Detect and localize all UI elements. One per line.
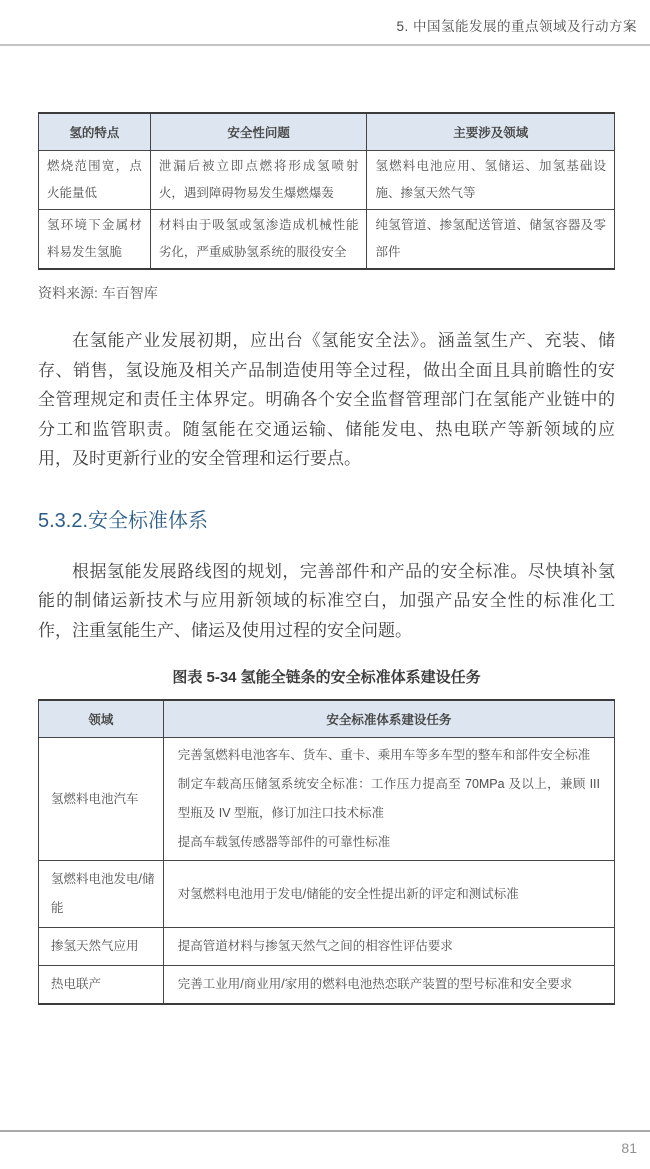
area-cell: 氢燃料电池发电/储能 [39, 861, 164, 928]
body-paragraph: 根据氢能发展路线图的规划，完善部件和产品的安全标准。尽快填补氢能的制储运新技术与… [38, 557, 615, 646]
figure-caption: 图表 5-34 氢能全链条的安全标准体系建设任务 [38, 666, 615, 687]
table-row: 氢环境下金属材料易发生氢脆 材料由于吸氢或氢渗造成机械性能劣化，严重威胁氢系统的… [39, 210, 615, 270]
source-note: 资料来源: 车百智库 [38, 283, 615, 303]
table-cell: 材料由于吸氢或氢渗造成机械性能劣化，严重威胁氢系统的服役安全 [150, 210, 367, 270]
area-cell: 氢燃料电池汽车 [39, 738, 164, 861]
hazard-table-header-row: 氢的特点 安全性问题 主要涉及领域 [39, 113, 615, 151]
task-line: 对氢燃料电池用于发电/储能的安全性提出新的评定和测试标准 [178, 880, 600, 909]
task-line: 完善氢燃料电池客车、货车、重卡、乘用车等多车型的整车和部件安全标准 [178, 741, 600, 770]
standards-table: 领域 安全标准体系建设任务 氢燃料电池汽车 完善氢燃料电池客车、货车、重卡、乘用… [38, 699, 615, 1005]
standards-col-header: 安全标准体系建设任务 [163, 700, 614, 738]
table-cell: 纯氢管道、掺氢配送管道、储氢容器及零部件 [367, 210, 615, 270]
tasks-cell: 完善氢燃料电池客车、货车、重卡、乘用车等多车型的整车和部件安全标准 制定车载高压… [163, 738, 614, 861]
standards-col-header: 领域 [39, 700, 164, 738]
table-cell: 氢环境下金属材料易发生氢脆 [39, 210, 151, 270]
running-header: 5. 中国氢能发展的重点领域及行动方案 [396, 15, 637, 35]
table-row: 氢燃料电池汽车 完善氢燃料电池客车、货车、重卡、乘用车等多车型的整车和部件安全标… [39, 738, 615, 861]
document-page: 5. 中国氢能发展的重点领域及行动方案 氢的特点 安全性问题 主要涉及领域 燃烧… [0, 0, 650, 1169]
table-cell: 泄漏后被立即点燃将形成氢喷射火，遇到障碍物易发生爆燃爆轰 [150, 151, 367, 210]
table-cell: 燃烧范围宽，点火能量低 [39, 151, 151, 210]
tasks-cell: 完善工业用/商业用/家用的燃料电池热恋联产装置的型号标准和安全要求 [163, 966, 614, 1005]
body-paragraph: 在氢能产业发展初期，应出台《氢能安全法》。涵盖氢生产、充装、储存、销售，氢设施及… [38, 326, 615, 474]
area-cell: 掺氢天然气应用 [39, 928, 164, 966]
task-line: 提高车载氢传感器等部件的可靠性标准 [178, 828, 600, 857]
tasks-cell: 提高管道材料与掺氢天然气之间的相容性评估要求 [163, 928, 614, 966]
footer-rule [0, 1130, 650, 1132]
table-row: 热电联产 完善工业用/商业用/家用的燃料电池热恋联产装置的型号标准和安全要求 [39, 966, 615, 1005]
area-cell: 热电联产 [39, 966, 164, 1005]
section-heading: 5.3.2.安全标准体系 [38, 504, 615, 533]
table-row: 氢燃料电池发电/储能 对氢燃料电池用于发电/储能的安全性提出新的评定和测试标准 [39, 861, 615, 928]
hazard-col-header: 安全性问题 [150, 113, 367, 151]
hazard-col-header: 主要涉及领域 [367, 113, 615, 151]
page-content: 氢的特点 安全性问题 主要涉及领域 燃烧范围宽，点火能量低 泄漏后被立即点燃将形… [38, 46, 615, 1005]
hazard-col-header: 氢的特点 [39, 113, 151, 151]
standards-table-header-row: 领域 安全标准体系建设任务 [39, 700, 615, 738]
table-cell: 氢燃料电池应用、氢储运、加氢基础设施、掺氢天然气等 [367, 151, 615, 210]
page-number: 81 [621, 1140, 637, 1156]
task-line: 制定车载高压储氢系统安全标准：工作压力提高至 70MPa 及以上，兼顾 III … [178, 770, 600, 828]
table-row: 掺氢天然气应用 提高管道材料与掺氢天然气之间的相容性评估要求 [39, 928, 615, 966]
table-row: 燃烧范围宽，点火能量低 泄漏后被立即点燃将形成氢喷射火，遇到障碍物易发生爆燃爆轰… [39, 151, 615, 210]
task-line: 完善工业用/商业用/家用的燃料电池热恋联产装置的型号标准和安全要求 [178, 970, 600, 999]
task-line: 提高管道材料与掺氢天然气之间的相容性评估要求 [178, 932, 600, 961]
tasks-cell: 对氢燃料电池用于发电/储能的安全性提出新的评定和测试标准 [163, 861, 614, 928]
hazard-table: 氢的特点 安全性问题 主要涉及领域 燃烧范围宽，点火能量低 泄漏后被立即点燃将形… [38, 112, 615, 270]
